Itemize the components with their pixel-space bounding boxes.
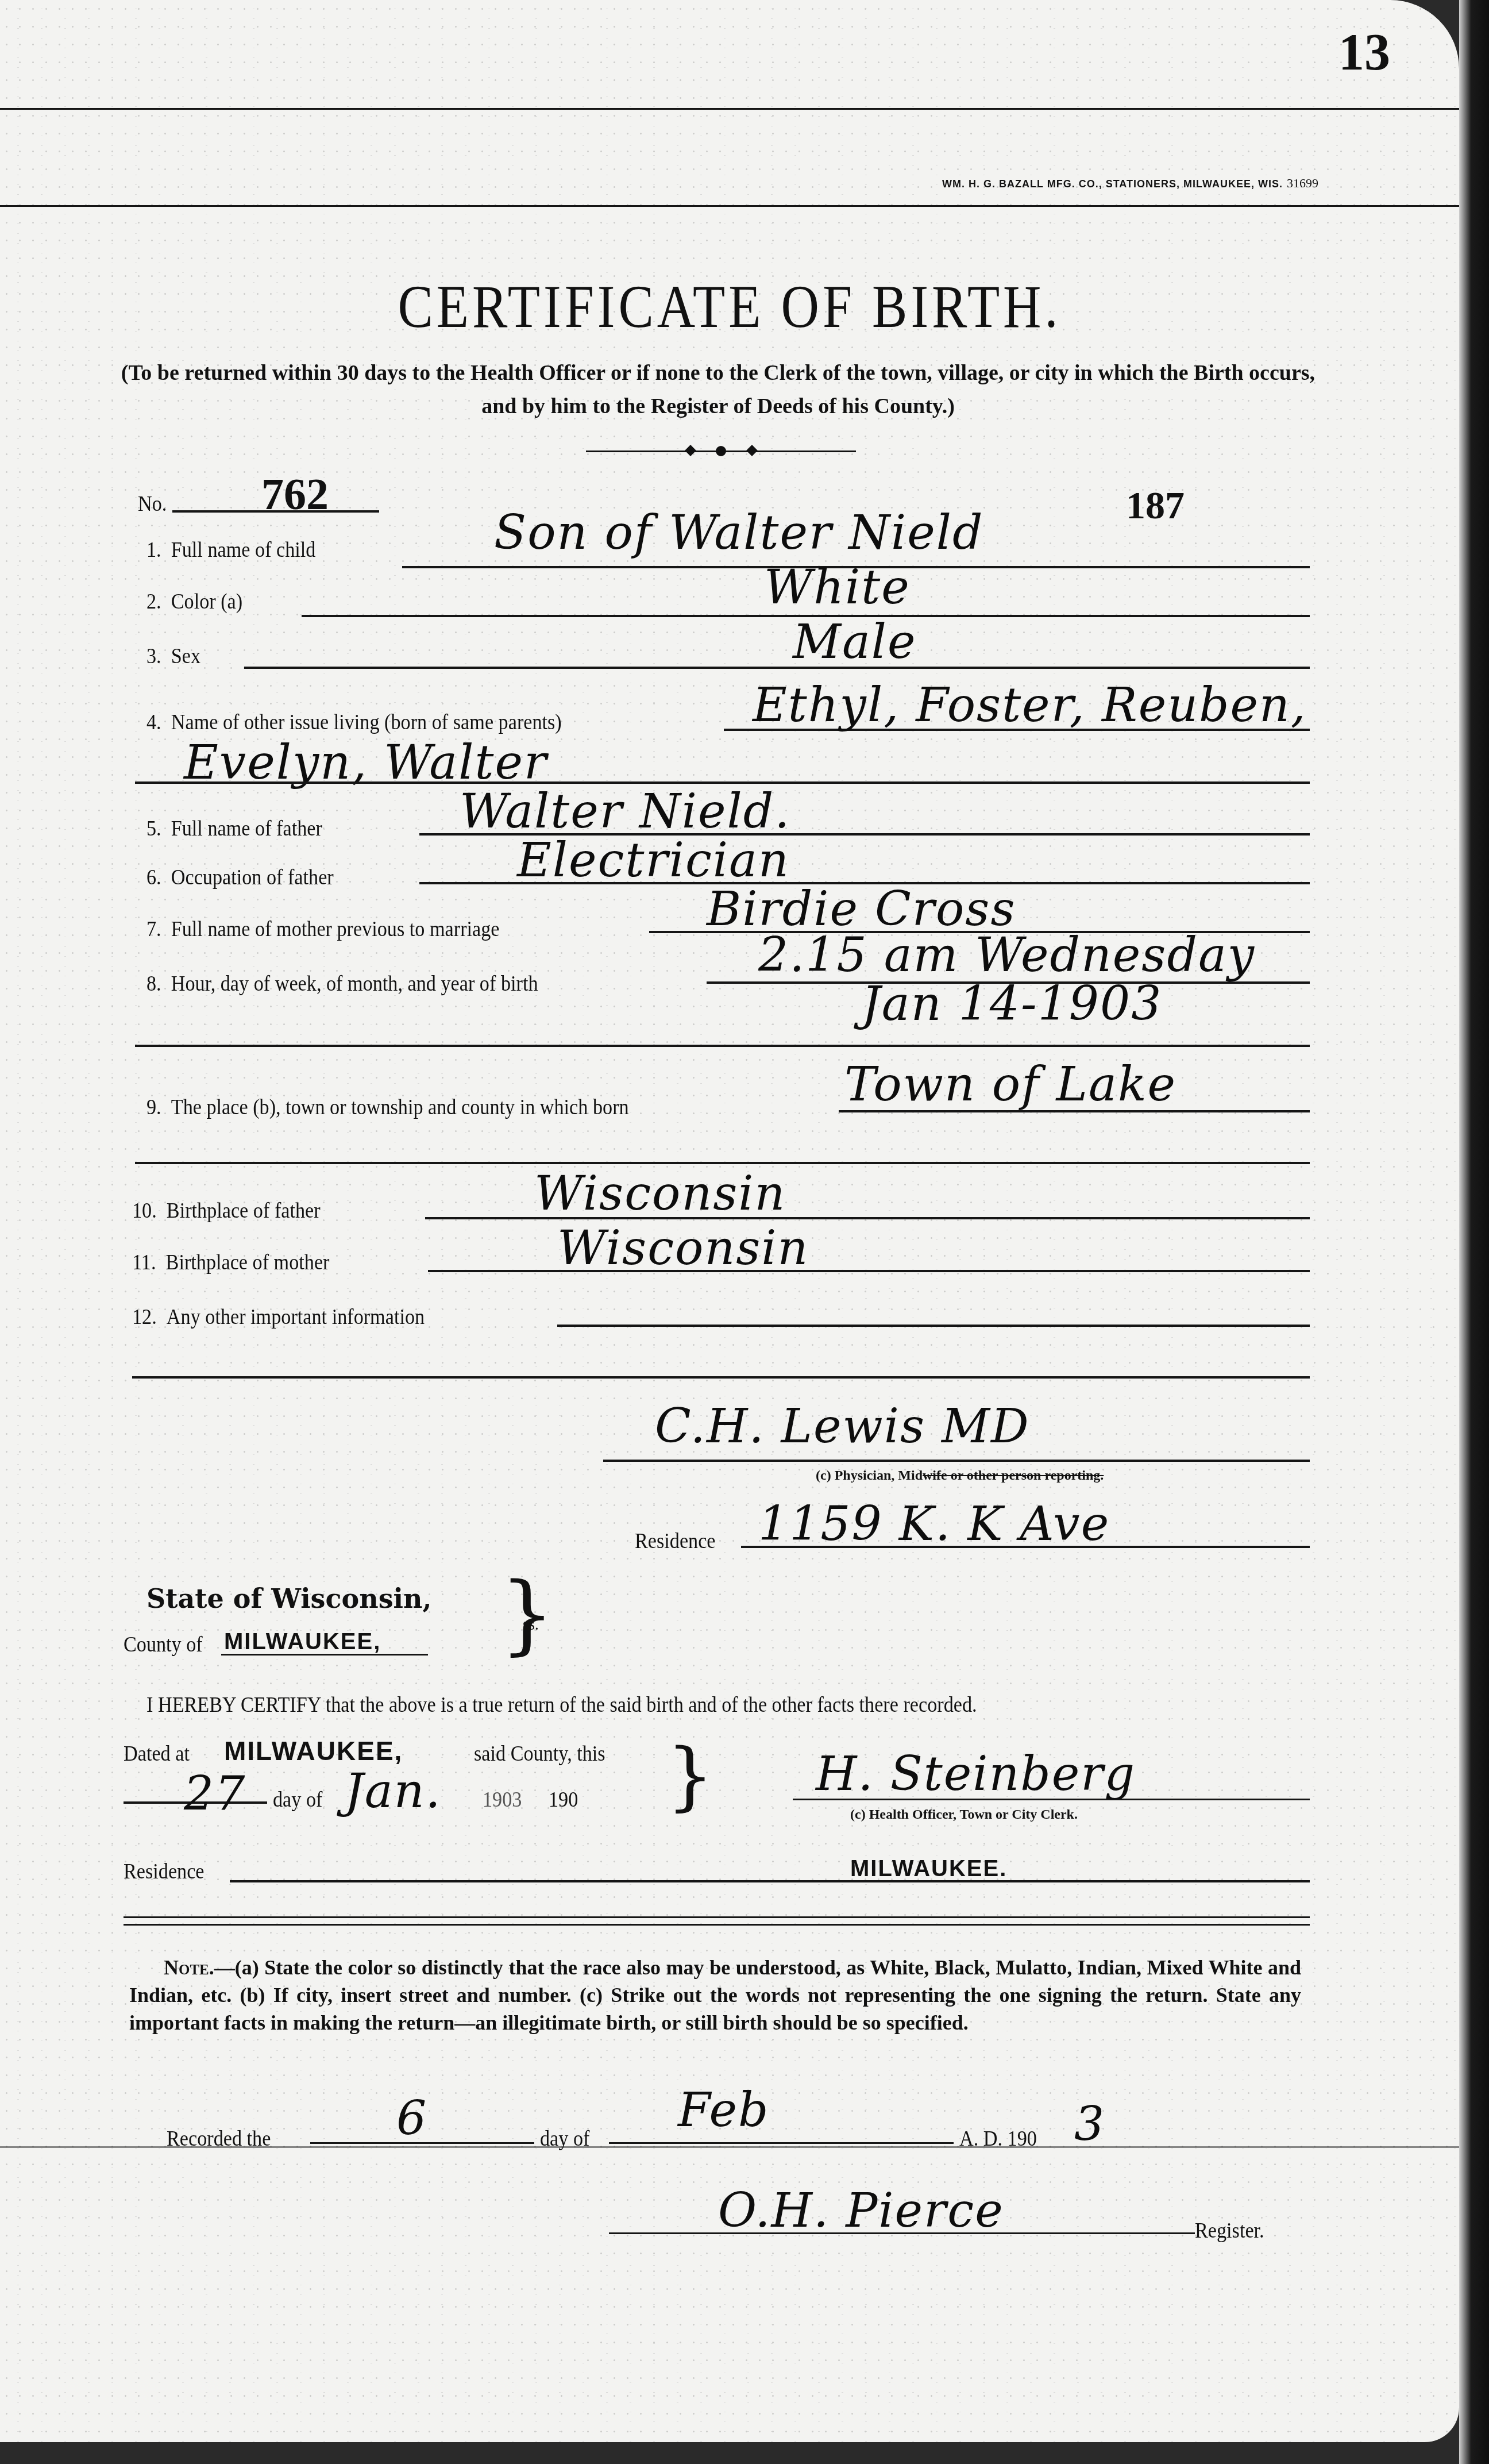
field-4-line-2	[135, 781, 1310, 784]
double-rule-top	[124, 1916, 1310, 1918]
father-birthplace: Wisconsin	[534, 1166, 786, 1221]
recorded-month-line	[609, 2142, 954, 2144]
return-instructions: (To be returned within 30 days to the He…	[115, 356, 1321, 423]
physician-caption: (c) Physician, Midwife or other person r…	[816, 1468, 1104, 1484]
ss-label: ss.	[523, 1615, 539, 1634]
officer-residence-label: Residence	[124, 1859, 205, 1884]
father-occupation: Electrician	[517, 833, 790, 888]
day-of-label: day of	[273, 1787, 322, 1812]
header-rule	[0, 108, 1459, 110]
field-12-line-2	[132, 1376, 1310, 1379]
register-line	[609, 2232, 1195, 2234]
health-officer-caption: (c) Health Officer, Town or City Clerk.	[850, 1807, 1078, 1823]
double-rule-bottom	[124, 1924, 1310, 1926]
printer-code: 31699	[1287, 176, 1318, 191]
officer-residence: MILWAUKEE.	[850, 1856, 1007, 1882]
field-10-label: 10. Birthplace of father	[132, 1198, 321, 1223]
dated-at-label: Dated at	[124, 1741, 190, 1766]
field-9-line-2	[135, 1162, 1310, 1164]
birth-place: Town of Lake	[844, 1057, 1176, 1112]
certificate-page: 13 WM. H. G. BAZALL MFG. CO., STATIONERS…	[0, 0, 1459, 2442]
father-name: Walter Nield.	[460, 784, 790, 839]
officer-residence-line	[230, 1880, 1310, 1882]
state-heading: State of Wisconsin,	[146, 1583, 431, 1614]
child-name: Son of Walter Nield	[494, 506, 983, 560]
certify-month: Jan.	[345, 1764, 442, 1819]
year-prefix: 190	[549, 1787, 578, 1812]
brace-2: }	[666, 1732, 714, 1819]
page-number: 13	[1338, 23, 1390, 82]
field-12-label: 12. Any other important information	[132, 1304, 425, 1330]
record-number-line	[172, 510, 379, 513]
reporter-residence: 1159 K. K Ave	[758, 1497, 1110, 1551]
field-2-label: 2. Color (a)	[146, 589, 242, 614]
field-3-line	[244, 667, 1310, 669]
record-number-label: No.	[138, 491, 167, 517]
field-7-label: 7. Full name of mother previous to marri…	[146, 917, 500, 942]
register-signature: O.H. Pierce	[718, 2184, 1004, 2238]
recorded-day: 6	[396, 2092, 427, 2146]
certify-day: 27	[184, 1767, 246, 1822]
said-county-label: said County, this	[474, 1741, 605, 1766]
mother-birthplace: Wisconsin	[557, 1221, 809, 1276]
recorded-rule	[0, 2146, 1459, 2148]
county-value: MILWAUKEE,	[224, 1629, 381, 1655]
recorded-month: Feb	[678, 2083, 769, 2138]
reporter-residence-label: Residence	[635, 1529, 716, 1554]
field-4-label: 4. Name of other issue living (born of s…	[146, 710, 562, 735]
physician-signature-line	[603, 1460, 1310, 1462]
field-9-label: 9. The place (b), town or township and c…	[146, 1095, 629, 1120]
recorded-year-digit: 3	[1074, 2097, 1105, 2152]
field-12-line	[557, 1325, 1310, 1327]
field-8-label: 8. Hour, day of week, of month, and year…	[146, 971, 538, 996]
other-issue-line1: Ethyl, Foster, Reuben,	[753, 678, 1307, 733]
county-line	[221, 1654, 428, 1655]
field-8-line-2	[135, 1045, 1310, 1047]
field-3-label: 3. Sex	[146, 644, 200, 669]
child-sex: Male	[793, 615, 917, 669]
certify-statement: I HEREBY CERTIFY that the above is a tru…	[146, 1692, 977, 1718]
document-title: CERTIFICATE OF BIRTH.	[0, 271, 1459, 341]
stamped-number: 187	[1126, 483, 1185, 528]
ornament-divider	[586, 445, 856, 457]
note-text: Note.—(a) State the color so distinctly …	[129, 1954, 1301, 2036]
printer-imprint: WM. H. G. BAZALL MFG. CO., STATIONERS, M…	[942, 178, 1283, 190]
physician-signature: C.H. Lewis MD	[655, 1399, 1030, 1454]
field-5-label: 5. Full name of father	[146, 816, 322, 841]
dated-at-value: MILWAUKEE,	[224, 1735, 403, 1766]
field-11-label: 11. Birthplace of mother	[132, 1250, 329, 1275]
health-officer-signature: H. Steinberg	[816, 1747, 1136, 1801]
header-rule-2	[0, 205, 1459, 207]
birth-date: Jan 14-1903	[862, 977, 1162, 1031]
field-1-label: 1. Full name of child	[146, 537, 315, 563]
year-stamp: 1903	[483, 1787, 522, 1812]
county-label: County of	[124, 1632, 203, 1657]
book-binding-edge	[1459, 0, 1489, 2464]
health-officer-line	[793, 1799, 1310, 1800]
child-color: White	[764, 560, 911, 615]
register-label: Register.	[1195, 2218, 1264, 2243]
field-6-label: 6. Occupation of father	[146, 865, 334, 890]
birth-time-day: 2.15 am Wednesday	[758, 928, 1255, 983]
